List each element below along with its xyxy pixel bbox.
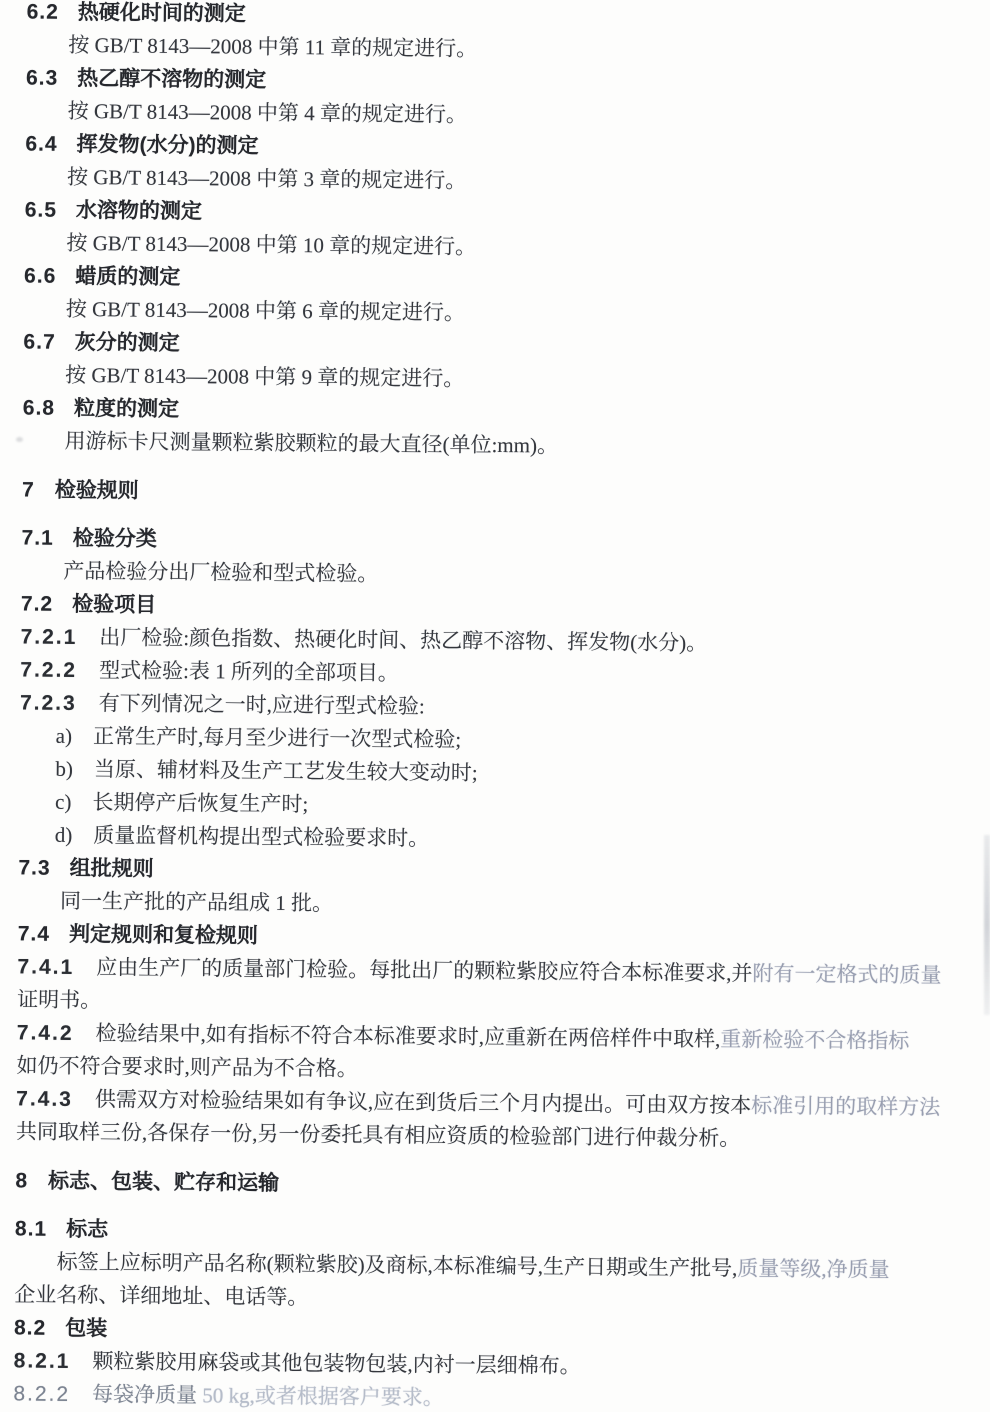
section-heading-text: 挥发物(水分)的测定 — [76, 133, 258, 158]
clause-text: 应由生产厂的质量部门检验。每批出厂的颗粒紫胶应符合本标准要求,并 — [96, 955, 752, 985]
section-heading-text: 灰分的测定 — [75, 331, 180, 355]
section-heading-text: 热硬化时间的测定 — [78, 1, 246, 26]
list-item-text: 当原、辅材料及生产工艺发生较大变动时; — [94, 757, 478, 785]
section-heading-number: 7.1 — [21, 521, 54, 554]
continuation-text: 证明书。 — [17, 987, 101, 1012]
clause-text: 出厂检验:颜色指数、热硬化时间、热乙醇不溶物、挥发物(水分)。 — [99, 625, 707, 655]
section-heading-text: 蜡质的测定 — [75, 265, 180, 289]
section-heading-number: 7.3 — [18, 851, 51, 884]
chapter-heading: 7检验规则 — [2, 473, 990, 516]
section-heading-number: 6.2 — [26, 0, 59, 29]
section-heading-number: 8.2 — [14, 1311, 47, 1344]
paragraph-text: 按 GB/T 8143—2008 中第 6 章的规定进行。 — [66, 297, 465, 325]
section-heading-number: 7.4 — [18, 917, 51, 950]
paragraph-text: 产品检验分出厂检验和型式检验。 — [63, 559, 378, 586]
list-item-number: b) — [55, 753, 73, 786]
paragraph-text: 按 GB/T 8143—2008 中第 4 章的规定进行。 — [68, 99, 467, 127]
scanned-document-page: 6.2热硬化时间的测定按 GB/T 8143—2008 中第 11 章的规定进行… — [0, 0, 990, 1412]
chapter-heading-text: 检验规则 — [55, 479, 139, 503]
list-item-number: c) — [55, 786, 72, 819]
list-item-number: a) — [56, 720, 73, 753]
section-heading-number: 6.7 — [23, 325, 56, 358]
section-heading-text: 标志 — [66, 1218, 108, 1241]
faded-text: 重新检验不合格指标 — [720, 1027, 909, 1053]
section-heading-text: 组批规则 — [70, 857, 154, 881]
section-heading-text: 包装 — [65, 1317, 107, 1340]
faded-text: 质量等级,净质量 — [737, 1256, 889, 1281]
chapter-heading-number: 7 — [22, 473, 34, 506]
clause-text: 供需双方对检验结果如有争议,应在到货后三个月内提出。可由双方按本 — [95, 1087, 751, 1117]
section-heading-number: 6.5 — [25, 193, 58, 226]
clause-number: 8.2.1 — [14, 1344, 71, 1378]
list-item-text: 长期停产后恢复生产时; — [92, 790, 308, 816]
clause-number: 8.2.2 — [13, 1377, 70, 1411]
section-heading-number: 6.8 — [23, 391, 56, 424]
section-heading-text: 水溶物的测定 — [76, 199, 202, 223]
clause-number: 7.4.2 — [17, 1016, 74, 1050]
faded-text: 标准引用的取样方法 — [751, 1093, 940, 1119]
clause-number: 7.2.1 — [20, 620, 77, 654]
chapter-heading-number: 8 — [15, 1164, 27, 1197]
section-heading-number: 6.4 — [25, 127, 58, 160]
section-heading-text: 粒度的测定 — [74, 397, 179, 421]
section-heading-text: 判定规则和复检规则 — [69, 923, 258, 948]
clause-text: 型式检验:表 1 所列的全部项目。 — [99, 658, 399, 685]
clause-text: 颗粒紫胶用麻袋或其他包装物包装,内衬一层细棉布。 — [92, 1349, 580, 1378]
clause-text: 每袋净质量 — [92, 1382, 202, 1407]
paragraph-text: 按 GB/T 8143—2008 中第 9 章的规定进行。 — [65, 363, 464, 391]
section-heading-number: 6.3 — [26, 61, 59, 94]
section-heading-number: 7.2 — [21, 587, 54, 620]
continuation-text: 如仍不符合要求时,则产品为不合格。 — [16, 1053, 357, 1080]
paragraph-text: 用游标卡尺测量颗粒紫胶颗粒的最大直径(单位:mm)。 — [64, 429, 558, 458]
faded-text: 附有一定格式的质量 — [752, 961, 941, 987]
continuation-text: 企业名称、详细地址、电话等。 — [14, 1282, 308, 1309]
clause-number: 7.2.2 — [20, 653, 77, 687]
paragraph-text: 按 GB/T 8143—2008 中第 11 章的规定进行。 — [68, 33, 477, 61]
clause-number: 7.2.3 — [20, 686, 77, 720]
paragraph-text: 按 GB/T 8143—2008 中第 10 章的规定进行。 — [66, 231, 476, 259]
clause-number: 7.4.3 — [16, 1082, 73, 1116]
chapter-heading: 8标志、包装、贮存和运输 — [0, 1164, 986, 1207]
clause-text: 有下列情况之一时,应进行型式检验: — [99, 691, 425, 718]
section-heading-number: 8.1 — [15, 1212, 48, 1245]
list-item-number: d) — [55, 819, 73, 852]
clause-number: 7.4.1 — [17, 950, 74, 984]
list-item-text: 质量监督机构提出型式检验要求时。 — [93, 823, 429, 850]
paragraph-text: 标签上应标明产品名称(颗粒紫胶)及商标,本标准编号,生产日期或生产批号, — [57, 1250, 738, 1281]
clause-text: 检验结果中,如有指标不符合本标准要求时,应重新在两倍样件中取样, — [95, 1021, 720, 1051]
section-heading-text: 检验分类 — [73, 527, 157, 551]
paragraph-text: 同一生产批的产品组成 1 批。 — [60, 889, 333, 916]
faded-text: 50 kg,或者根据客户要求。 — [202, 1383, 444, 1409]
continuation-text: 共同取样三份,各保存一份,另一份委托具有相应资质的检验部门进行仲裁分析。 — [16, 1119, 741, 1150]
section-heading-number: 6.6 — [24, 259, 57, 292]
section-heading-text: 检验项目 — [72, 593, 156, 617]
paragraph-text: 按 GB/T 8143—2008 中第 3 章的规定进行。 — [67, 165, 466, 193]
list-item-text: 正常生产时,每月至少进行一次型式检验; — [93, 724, 461, 752]
chapter-heading-text: 标志、包装、贮存和运输 — [48, 1170, 279, 1195]
section-heading-text: 热乙醇不溶物的测定 — [77, 67, 266, 92]
document-content: 6.2热硬化时间的测定按 GB/T 8143—2008 中第 11 章的规定进行… — [0, 0, 990, 1412]
